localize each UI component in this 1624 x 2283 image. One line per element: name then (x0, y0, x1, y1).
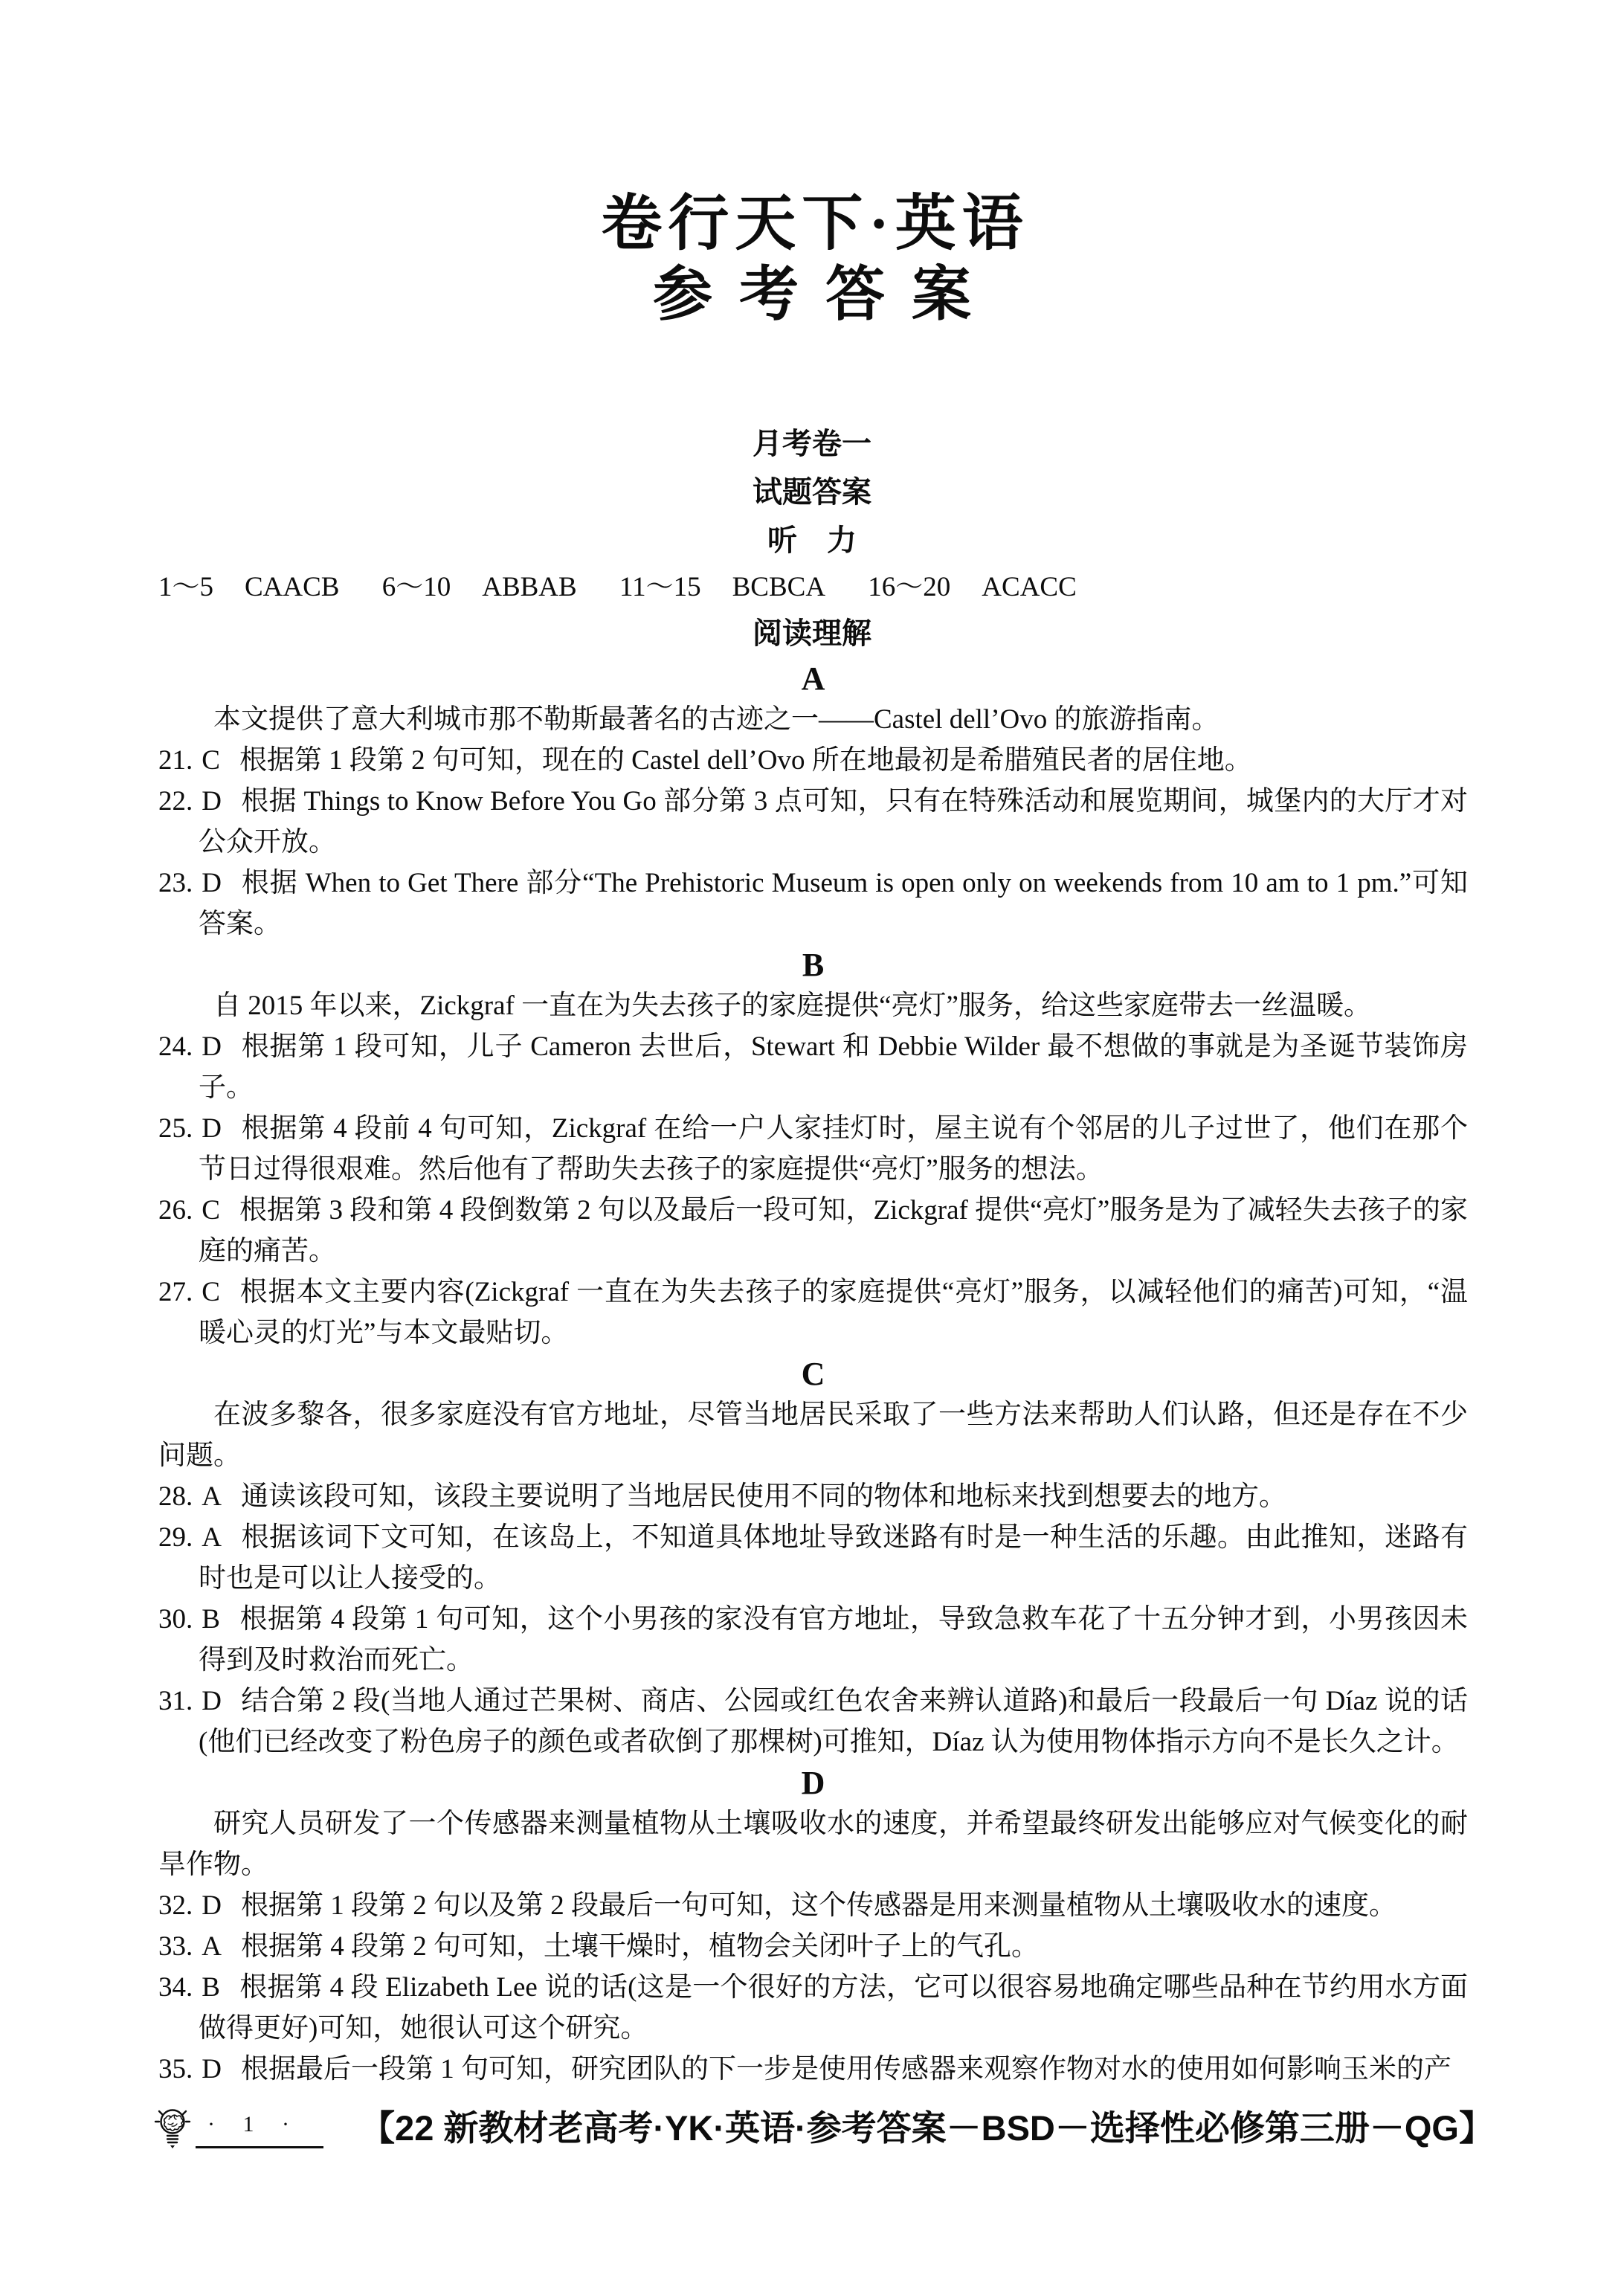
answer-letter: B (202, 1604, 220, 1635)
paper-title: 月考卷一 (0, 420, 1624, 468)
answer-letter: D (202, 868, 222, 898)
answer-letter: D (202, 1031, 222, 1062)
question-number: 27. (158, 1277, 193, 1307)
question-number: 32. (158, 1890, 193, 1921)
answer-item-30: 30.B根据第 4 段第 1 句可知，这个小男孩的家没有官方地址，导致急救车花了… (158, 1599, 1468, 1681)
listening-group: 11～15BCBCA (619, 572, 825, 602)
booklet-subtitle: 参考答案 (0, 260, 1624, 331)
question-number: 22. (158, 786, 193, 817)
answer-letter: D (202, 1113, 222, 1144)
question-number: 24. (158, 1031, 193, 1062)
question-range: 11～15 (619, 572, 701, 602)
answer-item-21: 21.C根据第 1 段第 2 句可知，现在的 Castel dell’Ovo 所… (158, 740, 1468, 781)
page-footer: · 1 · 【22 新教材老高考·YK·英语·参考答案－BSD－选择性必修第三册… (152, 2102, 1494, 2151)
answer-letter: C (202, 1195, 220, 1226)
answer-item-25: 25.D根据第 4 段前 4 句可知，Zickgraf 在给一户人家挂灯时，屋主… (158, 1108, 1468, 1190)
listening-group: 16～20ACACC (868, 572, 1076, 602)
answer-letter: C (202, 745, 220, 776)
answer-item-24: 24.D根据第 1 段可知，儿子 Cameron 去世后，Stewart 和 D… (158, 1026, 1468, 1108)
answer-item-27: 27.C根据本文主要内容(Zickgraf 一直在为失去孩子的家庭提供“亮灯”服… (158, 1272, 1468, 1353)
passage-label-d: D (158, 1762, 1468, 1803)
explanation-text: 结合第 2 段(当地人通过芒果树、商店、公园或红色农舍来辨认道路)和最后一段最后… (199, 1686, 1468, 1757)
passage-summary: 研究人员研发了一个传感器来测量植物从土壤吸收水的速度，并希望最终研发出能够应对气… (158, 1803, 1468, 1885)
answer-item-23: 23.D根据 When to Get There 部分“The Prehisto… (158, 863, 1468, 944)
question-number: 26. (158, 1195, 193, 1226)
question-number: 28. (158, 1481, 193, 1512)
answer-item-22: 22.D根据 Things to Know Before You Go 部分第 … (158, 781, 1468, 863)
answer-letter: A (202, 1522, 222, 1553)
answer-letter: A (202, 1481, 222, 1512)
explanation-text: 根据第 4 段第 2 句可知，土壤干燥时，植物会关闭叶子上的气孔。 (241, 1931, 1039, 1962)
question-range: 1～5 (158, 572, 213, 602)
answers-heading: 试题答案 (0, 468, 1624, 517)
listening-answers-line: 1～5CAACB 6～10ABBAB 11～15BCBCA 16～20ACACC (158, 565, 1468, 610)
answer-item-31: 31.D结合第 2 段(当地人通过芒果树、商店、公园或红色农舍来辨认道路)和最后… (158, 1681, 1468, 1762)
page-number: · 1 · (196, 2102, 323, 2148)
content-column: 1～5CAACB 6～10ABBAB 11～15BCBCA 16～20ACACC… (158, 565, 1468, 2090)
question-number: 35. (158, 2054, 193, 2084)
booklet-title: 卷行天下·英语 (0, 0, 1624, 260)
lightbulb-brain-icon (152, 2106, 193, 2151)
question-number: 23. (158, 868, 193, 898)
explanation-text: 根据该词下文可知，在该岛上，不知道具体地址导致迷路有时是一种生活的乐趣。由此推知… (199, 1522, 1468, 1594)
answer-item-35: 35.D根据最后一段第 1 句可知，研究团队的下一步是使用传感器来观察作物对水的… (158, 2049, 1468, 2090)
answer-letter: D (202, 786, 222, 817)
listening-group: 6～10ABBAB (382, 572, 577, 602)
question-number: 21. (158, 745, 193, 776)
explanation-text: 根据第 4 段第 1 句可知，这个小男孩的家没有官方地址，导致急救车花了十五分钟… (199, 1604, 1468, 1675)
answer-letters: BCBCA (732, 572, 825, 602)
answer-item-26: 26.C根据第 3 段和第 4 段倒数第 2 句以及最后一段可知，Zickgra… (158, 1190, 1468, 1272)
answer-letter: D (202, 1890, 222, 1921)
page-number-block: · 1 · (152, 2102, 323, 2151)
explanation-text: 根据第 3 段和第 4 段倒数第 2 句以及最后一段可知，Zickgraf 提供… (199, 1195, 1468, 1266)
passage-summary: 本文提供了意大利城市那不勒斯最著名的古迹之一——Castel dell’Ovo … (158, 699, 1468, 740)
explanation-text: 根据第 1 段第 2 句可知，现在的 Castel dell’Ovo 所在地最初… (239, 745, 1252, 776)
passage-label-b: B (158, 944, 1468, 985)
answer-letters: ABBAB (482, 572, 576, 602)
reading-heading-box: 阅读理解 (0, 610, 1624, 658)
explanation-text: 根据本文主要内容(Zickgraf 一直在为失去孩子的家庭提供“亮灯”服务，以减… (199, 1277, 1468, 1348)
explanation-text: 通读该段可知，该段主要说明了当地居民使用不同的物体和地标来找到想要去的地方。 (241, 1481, 1286, 1512)
explanation-text: 根据第 1 段可知，儿子 Cameron 去世后，Stewart 和 Debbi… (199, 1031, 1468, 1103)
answer-item-33: 33.A根据第 4 段第 2 句可知，土壤干燥时，植物会关闭叶子上的气孔。 (158, 1926, 1468, 1967)
answer-letters: ACACC (982, 572, 1076, 602)
answer-letter: C (202, 1277, 220, 1307)
passage-summary: 自 2015 年以来，Zickgraf 一直在为失去孩子的家庭提供“亮灯”服务，… (158, 985, 1468, 1026)
answer-letter: D (202, 1686, 222, 1716)
question-number: 29. (158, 1522, 193, 1553)
heading-block: 月考卷一 试题答案 听 力 (0, 420, 1624, 565)
question-range: 6～10 (382, 572, 451, 602)
passage-label-a: A (158, 658, 1468, 699)
answer-key-page: 卷行天下·英语 参考答案 月考卷一 试题答案 听 力 1～5CAACB 6～10… (0, 0, 1624, 2283)
answer-item-34: 34.B根据第 4 段 Elizabeth Lee 说的话(这是一个很好的方法，… (158, 1967, 1468, 2049)
explanation-text: 根据第 4 段前 4 句可知，Zickgraf 在给一户人家挂灯时，屋主说有个邻… (199, 1113, 1468, 1185)
listening-heading: 听 力 (0, 517, 1624, 565)
answer-item-32: 32.D根据第 1 段第 2 句以及第 2 段最后一句可知，这个传感器是用来测量… (158, 1885, 1468, 1926)
answer-item-29: 29.A根据该词下文可知，在该岛上，不知道具体地址导致迷路有时是一种生活的乐趣。… (158, 1517, 1468, 1599)
question-number: 33. (158, 1931, 193, 1962)
question-number: 25. (158, 1113, 193, 1144)
explanation-text: 根据第 4 段 Elizabeth Lee 说的话(这是一个很好的方法，它可以很… (199, 1972, 1468, 2044)
edition-label: 【22 新教材老高考·YK·英语·参考答案－BSD－选择性必修第三册－QG】 (360, 2106, 1494, 2151)
explanation-text: 根据 When to Get There 部分“The Prehistoric … (199, 868, 1468, 939)
answer-letter: D (202, 2054, 222, 2084)
answer-letters: CAACB (245, 572, 339, 602)
explanation-text: 根据最后一段第 1 句可知，研究团队的下一步是使用传感器来观察作物对水的使用如何… (241, 2054, 1451, 2084)
question-number: 30. (158, 1604, 193, 1635)
question-number: 31. (158, 1686, 193, 1716)
answer-item-28: 28.A通读该段可知，该段主要说明了当地居民使用不同的物体和地标来找到想要去的地… (158, 1476, 1468, 1517)
answer-letter: A (202, 1931, 222, 1962)
question-range: 16～20 (868, 572, 950, 602)
reading-heading: 阅读理解 (0, 610, 1624, 658)
passage-summary: 在波多黎各，很多家庭没有官方地址，尽管当地居民采取了一些方法来帮助人们认路，但还… (158, 1394, 1468, 1476)
passage-label-c: C (158, 1353, 1468, 1394)
question-number: 34. (158, 1972, 193, 2003)
answer-letter: B (202, 1972, 220, 2003)
explanation-text: 根据 Things to Know Before You Go 部分第 3 点可… (199, 786, 1468, 857)
listening-group: 1～5CAACB (158, 572, 339, 602)
explanation-text: 根据第 1 段第 2 句以及第 2 段最后一句可知，这个传感器是用来测量植物从土… (241, 1890, 1396, 1921)
